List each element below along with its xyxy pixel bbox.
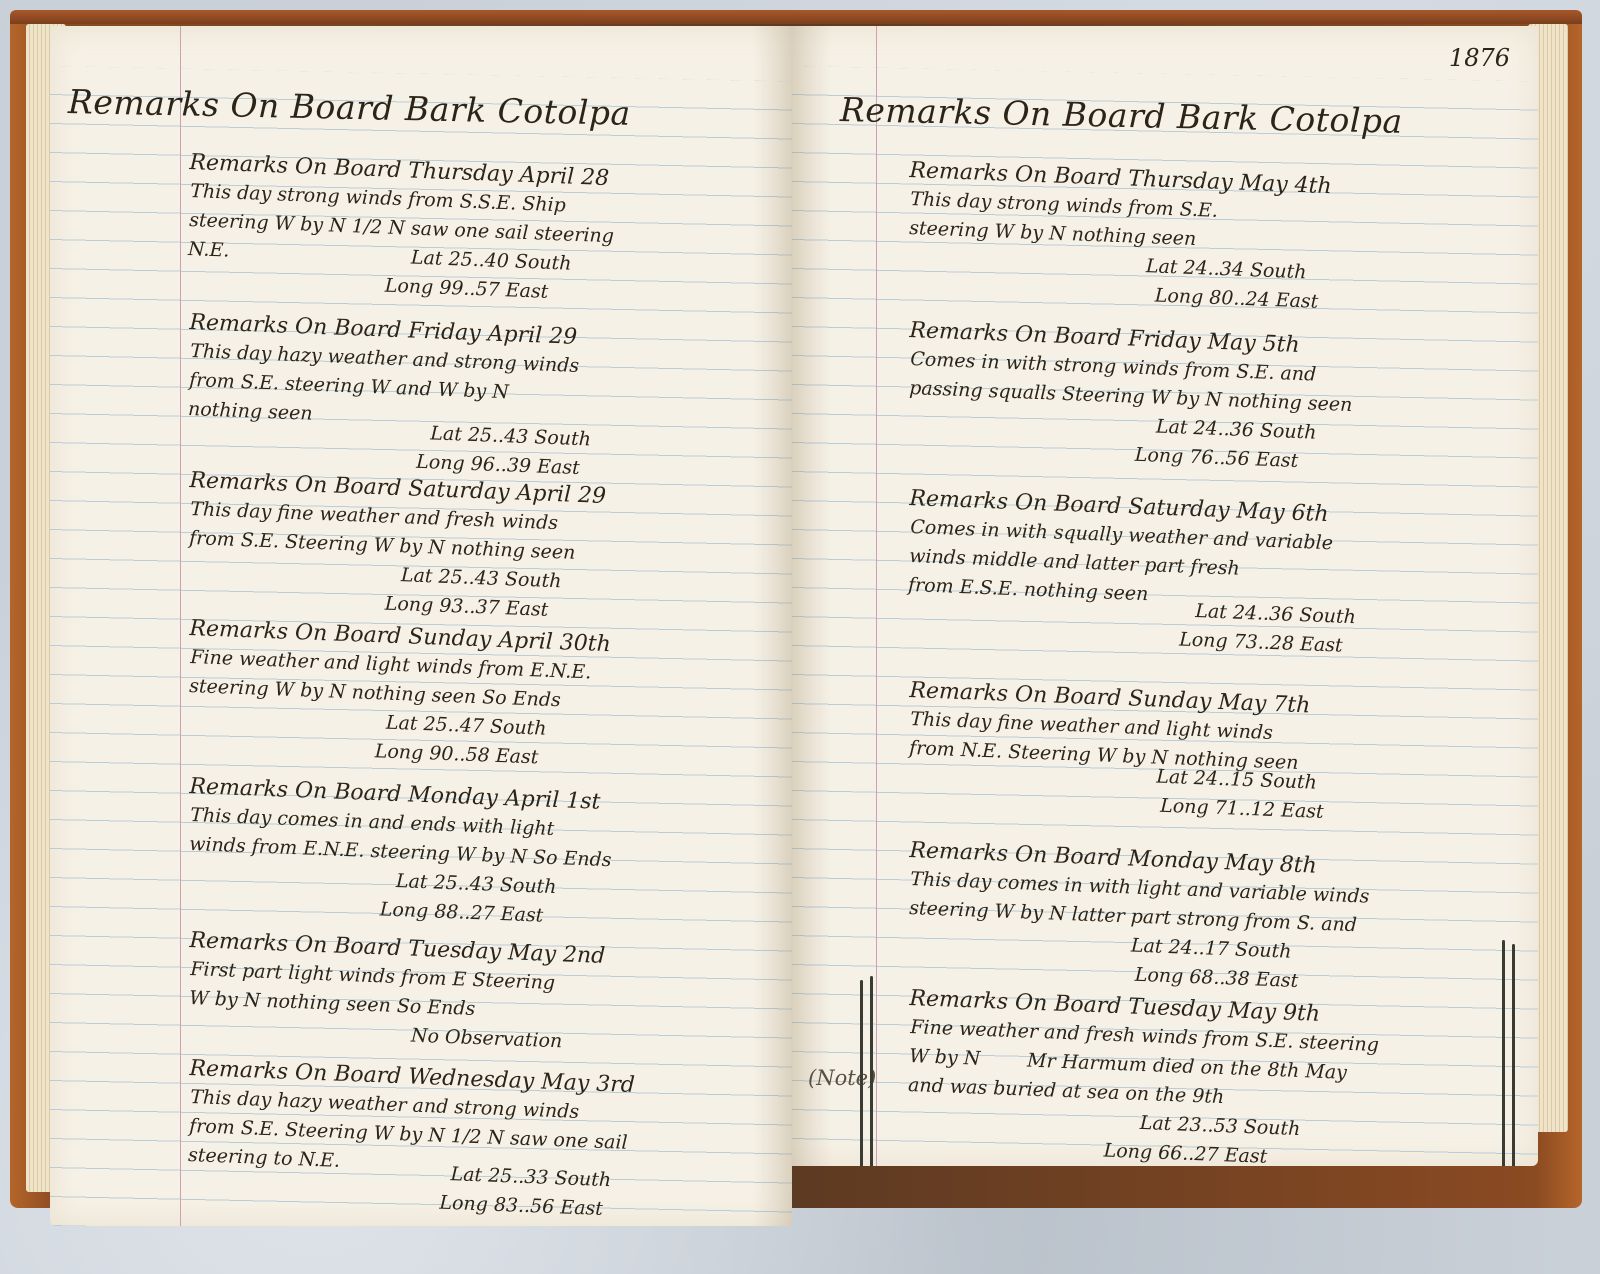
margin-bracket-line: [870, 976, 873, 1166]
page-title: Remarks On Board Bark Cotolpa: [68, 82, 632, 133]
log-entry: Remarks On Board Saturday May 6th Comes …: [904, 484, 1360, 661]
right-bracket-line: [1502, 940, 1505, 1166]
log-entry: Remarks On Board Saturday April 29 This …: [184, 466, 606, 627]
log-entry: Remarks On Board Monday May 8th This day…: [904, 836, 1371, 999]
log-entry: Remarks On Board Wednesday May 3rd This …: [184, 1054, 635, 1225]
log-entry: Remarks On Board Thursday April 28 This …: [184, 148, 616, 309]
log-entry: Remarks On Board Sunday April 30th Fine …: [184, 614, 611, 775]
right-page: 1876 Remarks On Board Bark Cotolpa Remar…: [792, 26, 1538, 1166]
margin-bracket-line: [860, 980, 863, 1166]
left-page: Remarks On Board Bark Cotolpa Remarks On…: [50, 26, 792, 1226]
log-entry: Remarks On Board Sunday May 7th This day…: [905, 676, 1328, 827]
log-entry: Remarks On Board Friday May 5th Comes in…: [904, 316, 1355, 478]
log-entry: Remarks On Board Thursday May 4th This d…: [904, 156, 1332, 317]
open-logbook: Remarks On Board Bark Cotolpa Remarks On…: [10, 10, 1582, 1258]
log-entry: Remarks On Board Friday April 29 This da…: [184, 308, 595, 483]
log-entry: Remarks On Board Monday April 1st This d…: [184, 772, 614, 933]
book-spine-top: [10, 10, 1582, 24]
page-title: Remarks On Board Bark Cotolpa: [840, 90, 1404, 141]
margin-note: (Note): [808, 1066, 876, 1090]
log-entry: Remarks On Board Tuesday May 2nd First p…: [186, 926, 606, 1058]
right-bracket-line: [1512, 944, 1515, 1166]
year-label: 1876: [1449, 44, 1510, 72]
log-entry: Remarks On Board Tuesday May 9th Fine we…: [903, 984, 1380, 1166]
